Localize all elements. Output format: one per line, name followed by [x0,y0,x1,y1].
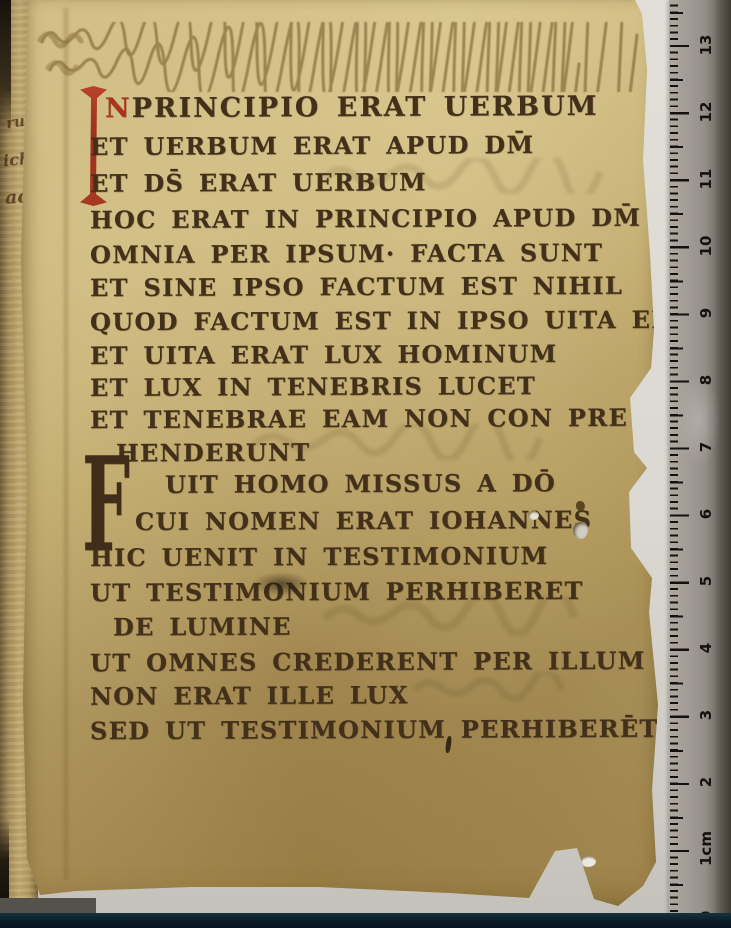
ruler-label: 7 [697,430,715,464]
parchment-fleck [528,511,539,520]
ruler-label: 11 [697,162,715,196]
manuscript-line: SED UT TESTIMONIUM PERHIBERĒT [90,714,659,746]
manuscript-line: ET UITA ERAT LUX HOMINUM [90,339,558,371]
manuscript-line: CUI NOMEN ERAT IOHANNES [135,505,592,537]
manuscript-line: UIT HOMO MISSUS A DŌ [165,468,556,500]
bottom-edge-bar [0,913,731,928]
manuscript-line: ET SINE IPSO FACTUM EST NIHIL [90,271,623,303]
manuscript-line: HOC ERAT IN PRINCIPIO APUD DM̄ [90,203,641,235]
parchment-fleck [576,501,585,511]
ruler-ticks-cm [670,45,689,920]
ruler-label: 1cm [697,832,715,866]
show-through-text [320,596,590,636]
faded-inscription [36,22,648,92]
manuscript-line: ET LUX IN TENEBRIS LUCET [90,371,536,403]
ruler-label: 4 [697,631,715,665]
parchment-leaf: NPRINCIPIO ERAT UERBUM ET UERBUM ERAT AP… [20,0,662,910]
manuscript-line: QUOD FACTUM EST IN IPSO UITA ERAT̄ [90,305,710,338]
ink-blot [252,572,310,596]
ruler-label: 5 [697,564,715,598]
manuscript-line: DE LUMINE [113,612,292,643]
manuscript-line: NPRINCIPIO ERAT UERBUM [105,92,599,124]
show-through-text [250,424,560,460]
parchment-hole [573,522,588,539]
manuscript-line: NON ERAT ILLE LUX [90,680,409,711]
ruler-label: 8 [697,363,715,397]
rubric-letter-N: N [105,93,132,124]
crease [62,8,70,880]
manuscript-page-photo: rum ich ao NPRINCIPIO ERAT UERBUM ET UER… [0,0,731,928]
ruler-label: 6 [697,497,715,531]
ruler-label: 13 [697,28,715,62]
manuscript-line: OMNIA PER IPSUM· FACTA SUNT [90,238,603,270]
show-through-text [320,158,620,194]
ruler-label: 12 [697,95,715,129]
show-through-text [410,672,590,706]
parchment-hole [580,856,596,867]
ruler-label: 9 [697,296,715,330]
ruler: 0 1cm 2 3 4 5 6 7 8 9 10 11 12 13 [669,0,731,928]
binding-shadow-bottom [0,818,9,910]
ruler-label: 3 [697,698,715,732]
ruler-label: 10 [697,229,715,263]
ruler-label: 2 [697,765,715,799]
line-text: PRINCIPIO ERAT UERBUM [132,91,599,124]
manuscript-line: HIC UENIT IN TESTIMONIUM [90,541,549,573]
